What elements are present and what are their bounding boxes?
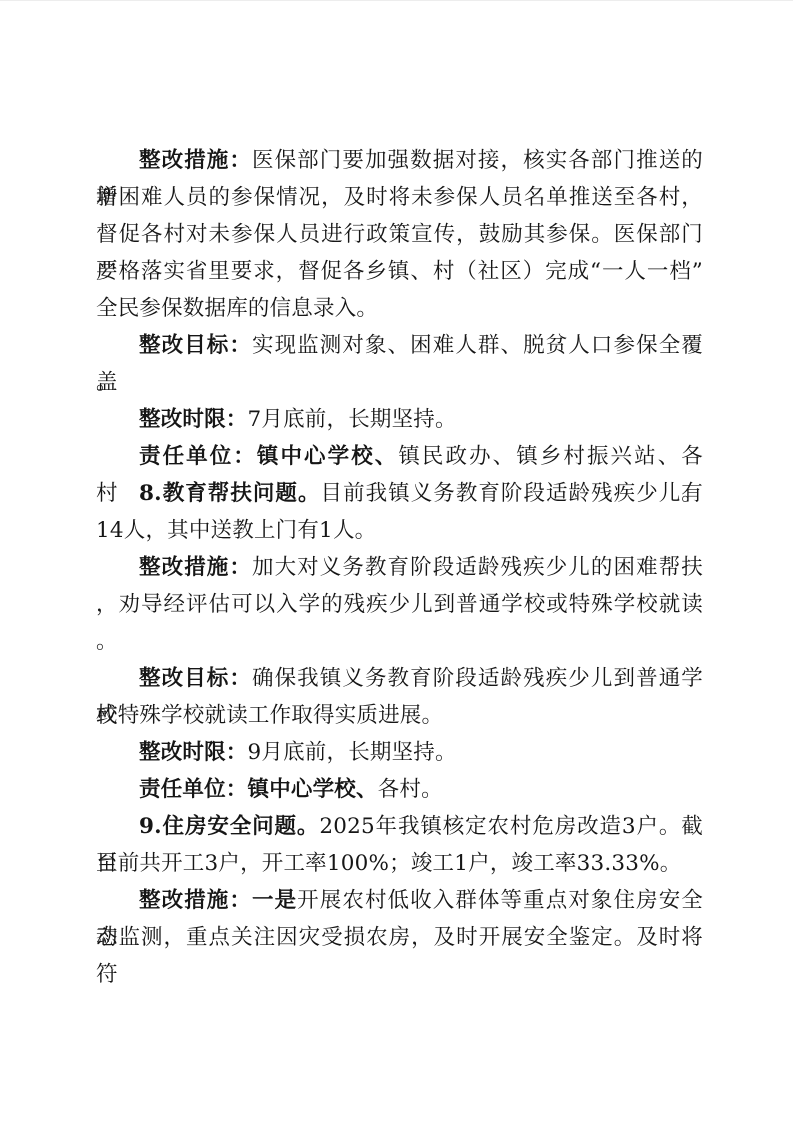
document-page: 整改措施：医保部门要加强数据对接，核实各部门推送的新增困难人员的参保情况，及时将… (0, 0, 793, 1122)
text-segment: 目前共开工3户，开工率100%；竣工1户，竣工率33.33%。 (96, 851, 682, 876)
text-line: 目前共开工3户，开工率100%；竣工1户，竣工率33.33%。 (96, 845, 703, 882)
text-line: 全民参保数据库的信息录入。 (96, 290, 703, 327)
text-line: 责任单位：镇中心学校、各村。 (96, 771, 703, 808)
text-line: 态监测，重点关注因灾受损农房，及时开展安全鉴定。及时将符 (96, 919, 703, 956)
text-line: 督促各村对未参保人员进行政策宣传，鼓励其参保。医保部门要 (96, 216, 703, 253)
text-segment: 目前我镇义务教育阶段适龄残疾少儿有 (321, 481, 703, 506)
text-segment: ，劝导经评估可以入学的残疾少儿到普通学校或特殊学校就读 (96, 592, 703, 617)
bold-text-segment: 整改措施： (139, 148, 252, 173)
bold-text-segment: 9.住房安全问题。 (139, 814, 319, 839)
text-line: 整改措施：医保部门要加强数据对接，核实各部门推送的新 (96, 142, 703, 179)
text-line: 9.住房安全问题。2025年我镇核定农村危房改造3户。截至 (96, 808, 703, 845)
text-line: 14人，其中送教上门有1人。 (96, 512, 703, 549)
text-segment: 或特殊学校就读工作取得实质进展。 (96, 703, 443, 728)
bold-text-segment: 责任单位：镇中心学校、 (139, 444, 398, 469)
bold-text-segment: 整改措施： (139, 555, 252, 580)
text-line: 整改措施：加大对义务教育阶段适龄残疾少儿的困难帮扶 (96, 549, 703, 586)
text-segment: 9月底前，长期坚持。 (248, 740, 457, 765)
bold-text-segment: 8.教育帮扶问题。 (139, 481, 321, 506)
text-segment: 全民参保数据库的信息录入。 (96, 296, 378, 321)
text-segment: 态监测，重点关注因灾受损农房，及时开展安全鉴定。及时将符 (96, 925, 703, 987)
text-segment: 严格落实省里要求，督促各乡镇、村（社区）完成“一人一档” (96, 259, 703, 284)
text-line: 。 (96, 623, 703, 660)
text-segment: 。 (96, 370, 118, 395)
text-segment: 7月底前，长期坚持。 (248, 407, 457, 432)
text-line: 整改措施：一是开展农村低收入群体等重点对象住房安全动 (96, 882, 703, 919)
bold-text-segment: 整改措施：一是 (139, 888, 297, 913)
text-line: 整改时限：9月底前，长期坚持。 (96, 734, 703, 771)
bold-text-segment: 整改时限： (139, 407, 248, 432)
text-line: 整改目标：确保我镇义务教育阶段适龄残疾少儿到普通学校 (96, 660, 703, 697)
bold-text-segment: 整改目标： (139, 333, 252, 358)
text-line: 8.教育帮扶问题。目前我镇义务教育阶段适龄残疾少儿有 (96, 475, 703, 512)
text-segment: 增困难人员的参保情况，及时将未参保人员名单推送至各村， (96, 185, 703, 210)
document-text: 整改措施：医保部门要加强数据对接，核实各部门推送的新增困难人员的参保情况，及时将… (96, 142, 703, 956)
text-segment: 加大对义务教育阶段适龄残疾少儿的困难帮扶 (252, 555, 703, 580)
bold-text-segment: 责任单位：镇中心学校、 (139, 777, 378, 802)
text-line: 或特殊学校就读工作取得实质进展。 (96, 697, 703, 734)
text-line: 。 (96, 364, 703, 401)
text-line: 整改目标：实现监测对象、困难人群、脱贫人口参保全覆盖 (96, 327, 703, 364)
bold-text-segment: 整改时限： (139, 740, 248, 765)
text-line: 增困难人员的参保情况，及时将未参保人员名单推送至各村， (96, 179, 703, 216)
text-segment: 14人，其中送教上门有1人。 (96, 518, 376, 543)
text-line: 整改时限：7月底前，长期坚持。 (96, 401, 703, 438)
text-segment: 各村。 (378, 777, 443, 802)
text-line: 严格落实省里要求，督促各乡镇、村（社区）完成“一人一档” (96, 253, 703, 290)
text-line: ，劝导经评估可以入学的残疾少儿到普通学校或特殊学校就读 (96, 586, 703, 623)
bold-text-segment: 整改目标： (139, 666, 252, 691)
text-segment: 。 (96, 629, 118, 654)
text-line: 责任单位：镇中心学校、镇民政办、镇乡村振兴站、各村。 (96, 438, 703, 475)
